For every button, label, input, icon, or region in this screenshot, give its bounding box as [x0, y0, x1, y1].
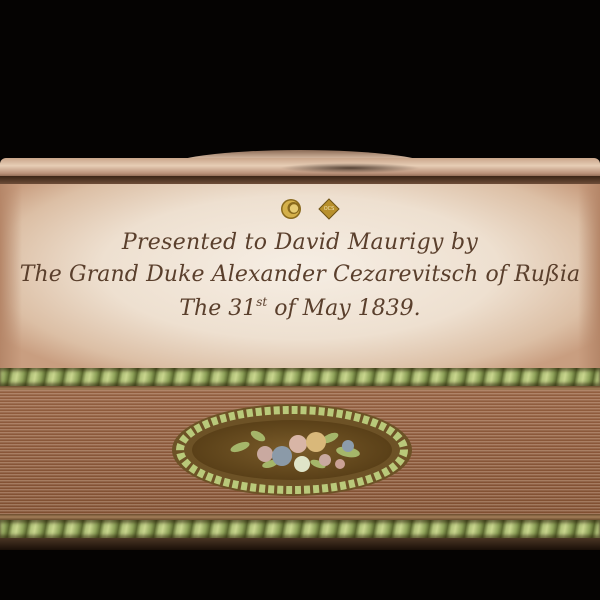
snuff-box-photo: OCS Presented to David Maurigy by The Gr… — [0, 0, 600, 600]
tarnish-shadow — [280, 163, 420, 173]
inscription-line-1: Presented to David Maurigy by — [10, 232, 590, 254]
diamond-hallmark-icon: OCS — [318, 198, 340, 220]
svg-text:OCS: OCS — [324, 206, 335, 212]
floral-enamel-medallion — [170, 402, 414, 498]
flower-icon — [272, 446, 292, 466]
rope-border-top — [0, 368, 600, 386]
inscription-date-rest: of May 1839. — [267, 296, 420, 321]
flower-icon — [294, 456, 310, 472]
flower-icon — [257, 446, 273, 462]
flower-icon — [335, 459, 345, 469]
rope-border-bottom — [0, 520, 600, 538]
inscription-line-3: The 31st of May 1839. — [10, 296, 590, 320]
flower-icon — [306, 432, 326, 452]
inscription-line-2: The Grand Duke Alexander Cezarevitsch of… — [10, 264, 590, 286]
flower-icon — [319, 454, 331, 466]
inscription-ordinal: st — [256, 295, 267, 309]
crescent-hallmark-icon — [280, 198, 302, 220]
box-base — [0, 538, 600, 550]
flower-icon — [289, 435, 307, 453]
engraved-inscription: Presented to David Maurigy by The Grand … — [10, 232, 590, 320]
inscription-date-day: The 31 — [179, 296, 256, 321]
flower-icon — [342, 440, 354, 452]
hallmarks: OCS — [280, 196, 350, 222]
